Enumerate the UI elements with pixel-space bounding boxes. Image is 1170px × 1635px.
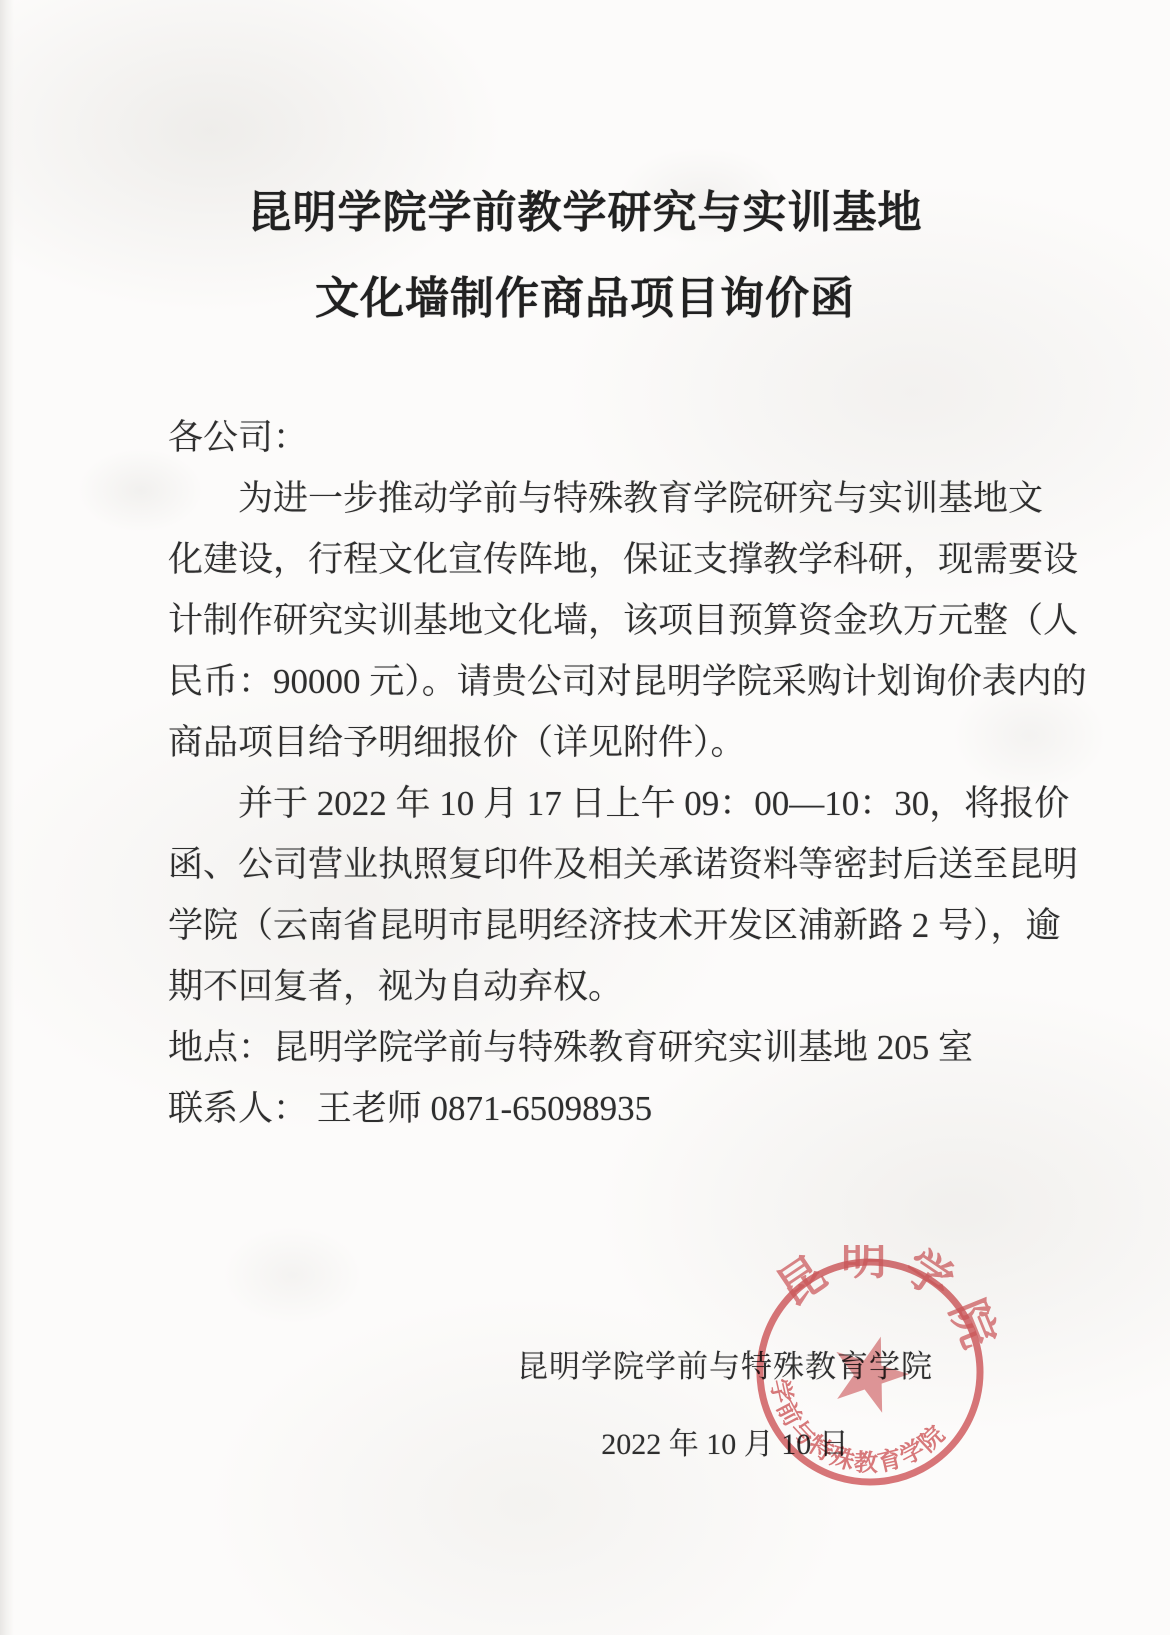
salutation-line: 各公司： [168,407,1028,468]
body-line: 商品项目给予明细报价（详见附件）。 [168,712,1028,773]
contact-line: 联系人： 王老师 0871-65098935 [168,1078,1028,1139]
body-line-budget: 民币：90000 元）。请贵公司对昆明学院采购计划询价表内的 [168,651,1028,712]
body-line: 化建设，行程文化宣传阵地，保证支撑教学科研，现需要设 [168,529,1028,590]
body-line: 期不回复者，视为自动弃权。 [168,956,1028,1017]
body-line-deadline: 并于 2022 年 10 月 17 日上午 09：00—10：30，将报价 [168,773,1028,834]
body-line: 计制作研究实训基地文化墙，该项目预算资金玖万元整（人 [168,590,1028,651]
document-title-line2: 文化墙制作商品项目询价函 [110,262,1060,326]
body-line-address: 学院（云南省昆明市昆明经济技术开发区浦新路 2 号），逾 [168,895,1028,956]
document-title-line1: 昆明学院学前教学研究与实训基地 [110,176,1060,240]
document-page: 昆明学院学前教学研究与实训基地 文化墙制作商品项目询价函 各公司： 为进一步推动… [0,0,1170,1635]
body-line: 函、公司营业执照复印件及相关承诺资料等密封后送至昆明 [168,834,1028,895]
location-line: 地点：昆明学院学前与特殊教育研究实训基地 205 室 [168,1017,1028,1078]
letter-body: 各公司： 为进一步推动学前与特殊教育学院研究与实训基地文 化建设，行程文化宣传阵… [168,407,1028,1139]
body-line: 为进一步推动学前与特殊教育学院研究与实训基地文 [168,468,1028,529]
seal-star-icon [823,1325,917,1416]
official-seal-stamp: 昆明学院 学前与特殊教育学院 [743,1245,997,1499]
